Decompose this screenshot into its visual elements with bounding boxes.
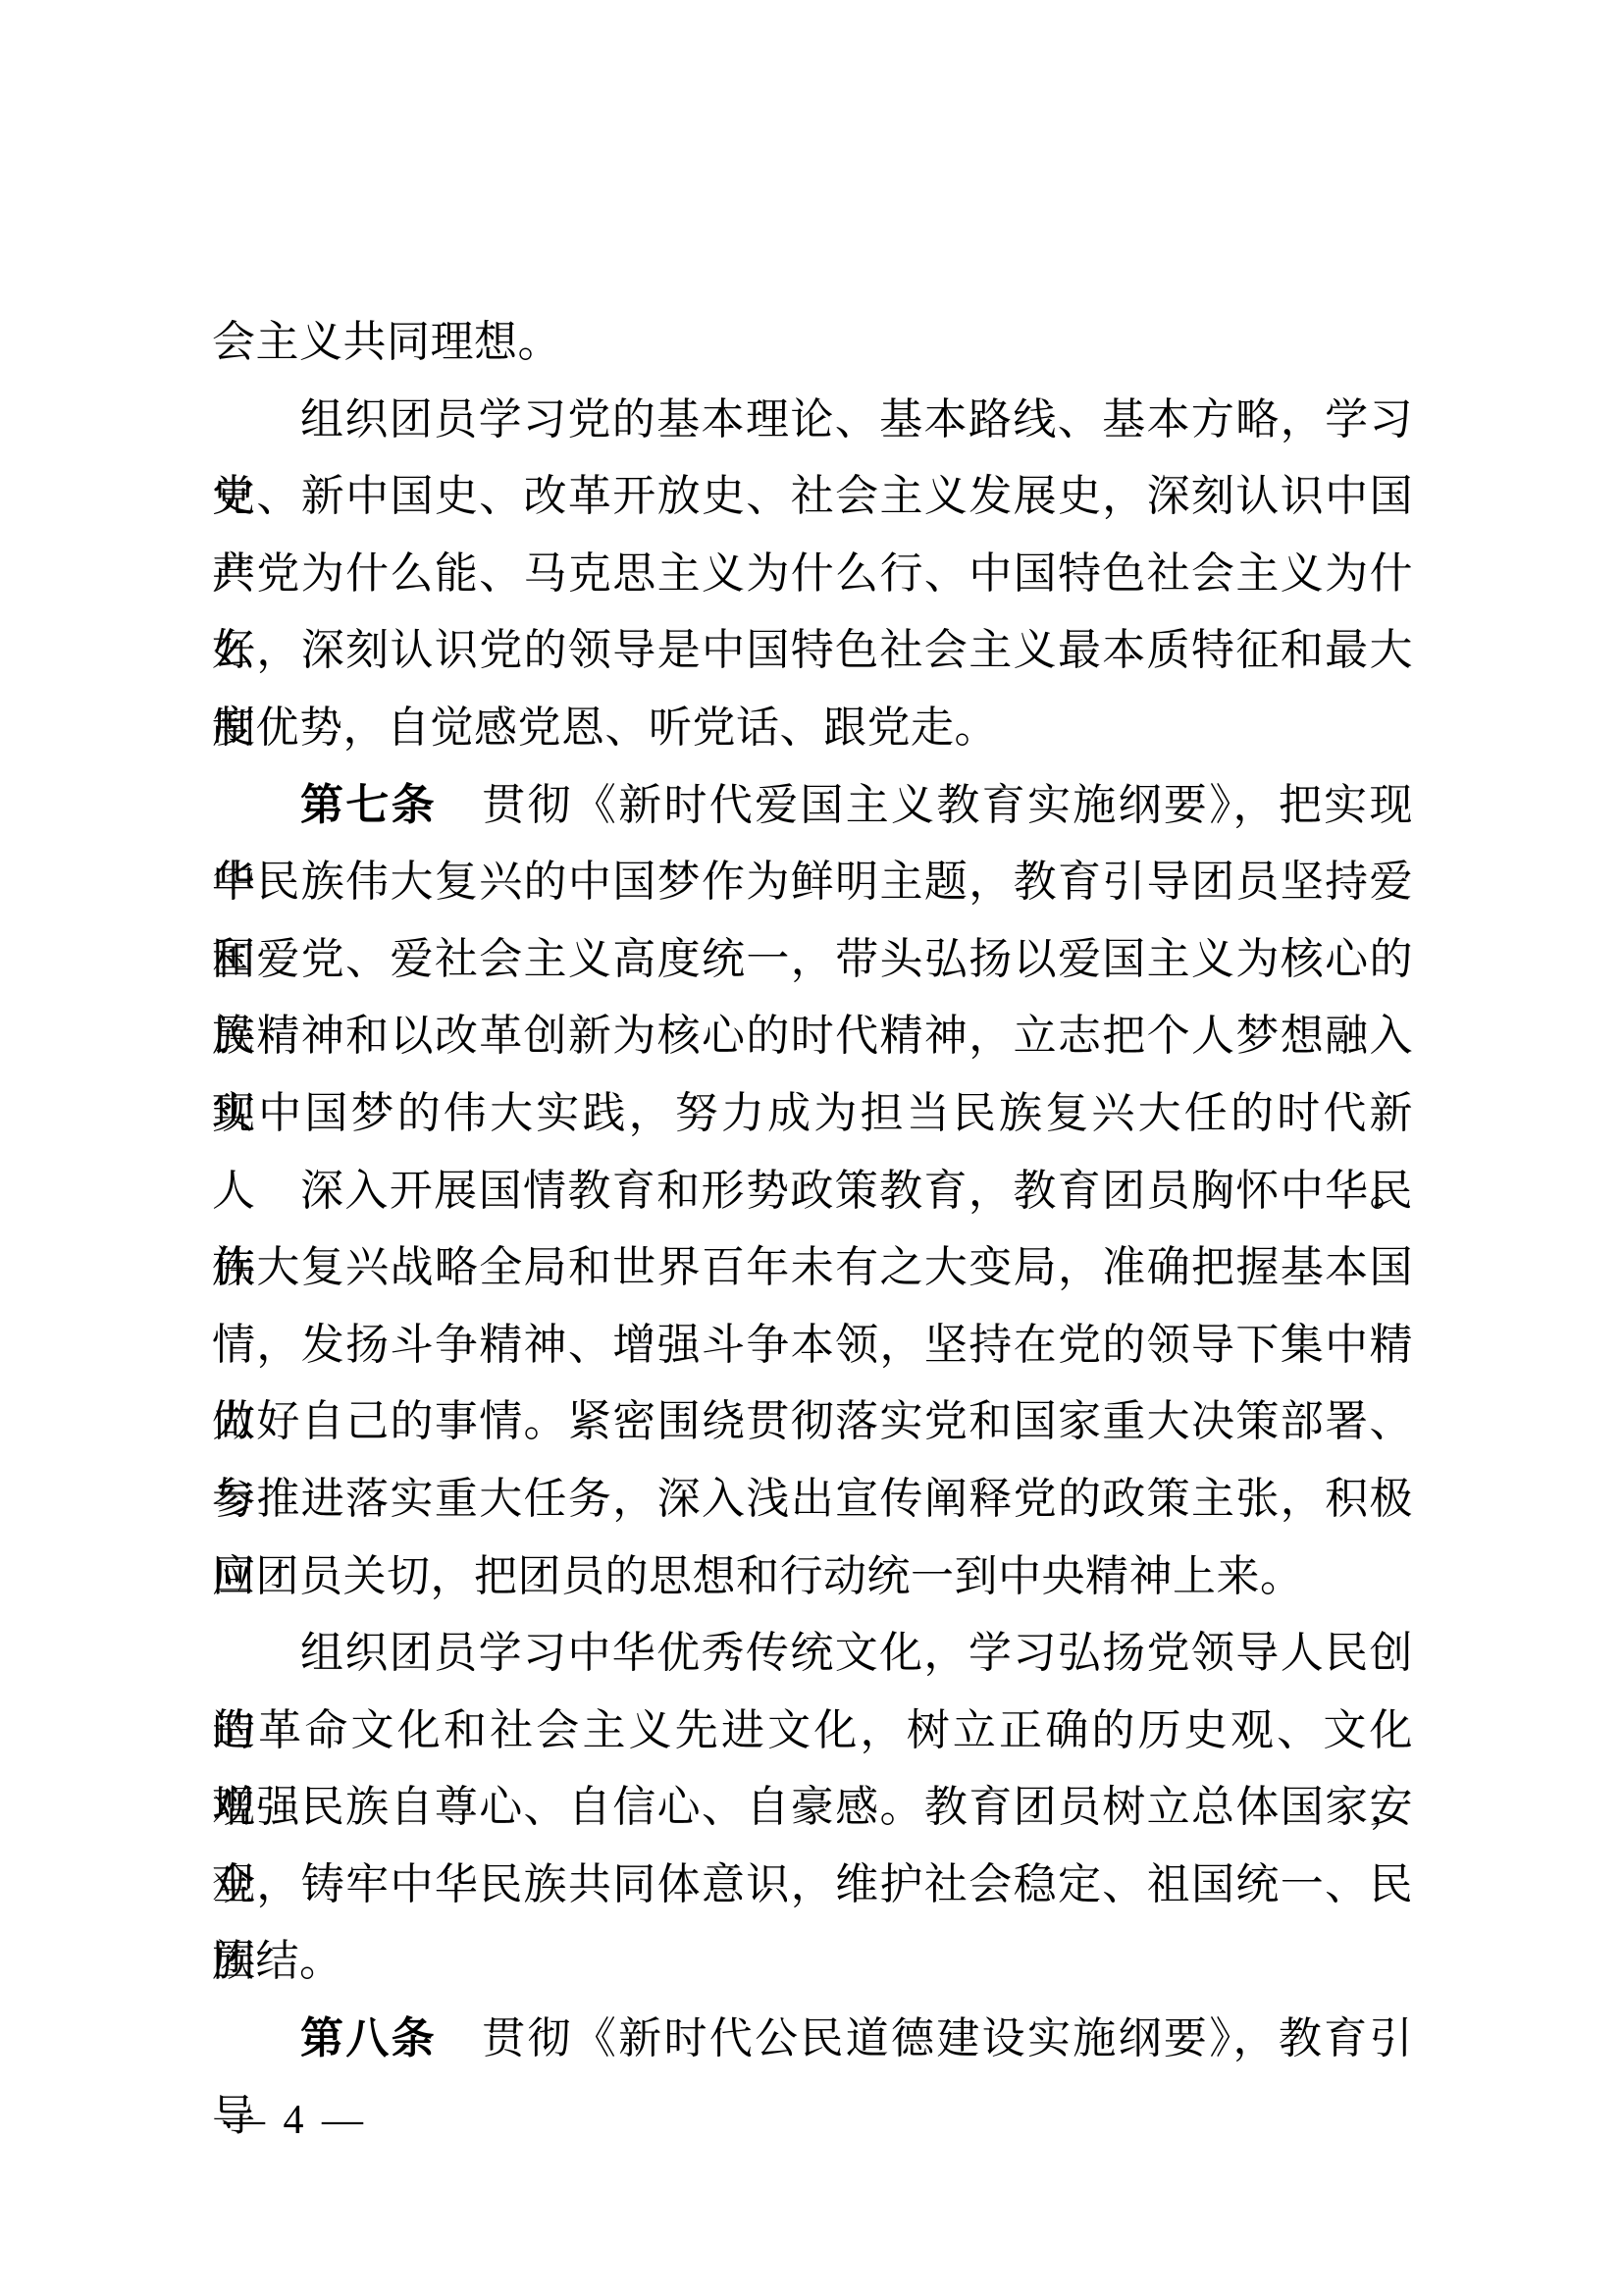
- article-heading: 第七条: [300, 781, 437, 829]
- text-line: 史、新中国史、改革开放史、社会主义发展史，深刻认识中国共: [212, 458, 1413, 536]
- text-line: 深入开展国情教育和形势政策教育，教育团员胸怀中华民族: [212, 1153, 1413, 1230]
- text-line: 现中国梦的伟大实践，努力成为担当民族复兴大任的时代新人。: [212, 1075, 1413, 1153]
- text-line: 组织团员学习党的基本理论、基本路线、基本方略，学习党: [212, 382, 1413, 459]
- text-line: 族精神和以改革创新为核心的时代精神，立志把个人梦想融入实: [212, 998, 1413, 1075]
- text-line: 与推进落实重大任务，深入浅出宣传阐释党的政策主张，积极回: [212, 1461, 1413, 1539]
- article-heading: 第八条: [300, 2014, 437, 2062]
- page-number-footer: — 4 —: [224, 2099, 363, 2142]
- text-line: 做好自己的事情。紧密围绕贯彻落实党和国家重大决策部署、参: [212, 1383, 1413, 1461]
- text-line: 组织团员学习中华优秀传统文化，学习弘扬党领导人民创造: [212, 1615, 1413, 1693]
- text-segment: 度优势，自觉感党恩、听党话、跟党走。: [212, 704, 998, 752]
- text-line: 华民族伟大复兴的中国梦作为鲜明主题，教育引导团员坚持爱国: [212, 844, 1413, 921]
- text-line: 会主义共同理想。: [212, 304, 1413, 382]
- text-line: 应团员关切，把团员的思想和行动统一到中央精神上来。: [212, 1539, 1413, 1616]
- text-segment: 会主义共同理想。: [212, 318, 561, 366]
- text-line: 观，铸牢中华民族共同体意识，维护社会稳定、祖国统一、民族: [212, 1847, 1413, 1924]
- text-line: 团结。: [212, 1923, 1413, 2001]
- text-line: 好，深刻认识党的领导是中国特色社会主义最本质特征和最大制: [212, 612, 1413, 690]
- text-line: 第八条 贯彻《新时代公民道德建设实施纲要》，教育引导: [212, 2001, 1413, 2078]
- text-line: 度优势，自觉感党恩、听党话、跟党走。: [212, 690, 1413, 767]
- text-line: 情，发扬斗争精神、增强斗争本领，坚持在党的领导下集中精力: [212, 1307, 1413, 1384]
- text-line: 的革命文化和社会主义先进文化，树立正确的历史观、文化观，: [212, 1693, 1413, 1770]
- text-segment: 应团员关切，把团员的思想和行动统一到中央精神上来。: [212, 1552, 1304, 1600]
- text-segment: 伟大复兴战略全局和世界百年未有之大变局，准确把握基本国: [212, 1243, 1413, 1291]
- text-line: 增强民族自尊心、自信心、自豪感。教育团员树立总体国家安全: [212, 1769, 1413, 1847]
- document-page: 会主义共同理想。组织团员学习党的基本理论、基本路线、基本方略，学习党史、新中国史…: [0, 0, 1623, 2296]
- text-line: 伟大复兴战略全局和世界百年未有之大变局，准确把握基本国: [212, 1229, 1413, 1307]
- document-lines: 会主义共同理想。组织团员学习党的基本理论、基本路线、基本方略，学习党史、新中国史…: [212, 304, 1413, 2078]
- text-line: 第七条 贯彻《新时代爱国主义教育实施纲要》，把实现中: [212, 767, 1413, 845]
- text-line: 产党为什么能、马克思主义为什么行、中国特色社会主义为什么: [212, 536, 1413, 613]
- text-line: 和爱党、爱社会主义高度统一，带头弘扬以爱国主义为核心的民: [212, 921, 1413, 999]
- text-segment: 团结。: [212, 1937, 343, 1985]
